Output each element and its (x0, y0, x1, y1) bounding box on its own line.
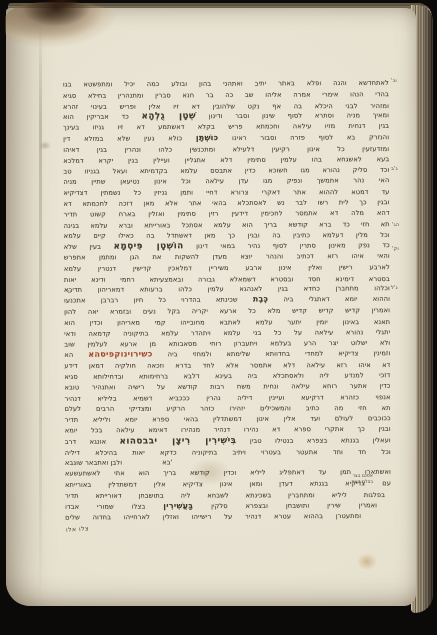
interlinear-note: וג' (66, 290, 71, 295)
text-segment: תאנא באינון יומין יתער עלמא לאתבא מחוביי… (64, 318, 390, 327)
manuscript-text-line: ועאלין בגנתא בצפרא בנטילו טבין בִּישִׁיר… (65, 435, 391, 448)
manuscript-text-line: וזמינין צדיקיא למחדי בחדוותא שלימתא ולמח… (64, 348, 390, 361)
text-segment: תא חזי כד ברא קודשא בריך הוא עלמא אסתכל … (64, 220, 390, 230)
text-segment: האי נהר אתמשך ונפיק מגו עדן עילאה וכל אי… (63, 176, 389, 186)
marginal-side-note-line: בצלם קצת (333, 479, 373, 485)
text-segment: בסטרא דימינא חסד ובסטרא דשמאלא גבורה ובא… (64, 275, 390, 284)
text-segment: אנפוי כזהרא דרקיעא ועיינין דיליה נהרין כ… (64, 393, 390, 403)
emphasized-text-segment: שְׁטָן גֻלְהָא (141, 112, 196, 122)
text-segment: והנזרק בא לסוף פזרה וסבור ראינו (232, 133, 389, 142)
text-segment: ומזהיר לבני היכלא בה אף נקט שלהובין דא ז… (63, 102, 389, 111)
stain-spine-top (44, 0, 80, 9)
text-segment: ומזדעזעין כל אינון רקיעין דלעילא ומתכנשי… (63, 145, 389, 154)
marginal-side-note: אמנם בצד בצלם קצת (333, 474, 373, 486)
emphasized-text-segment: בַּעֲשִׁירִין (163, 501, 193, 510)
text-segment: ואמרין שירין ותושבחן ובצפרא סלקין (211, 501, 377, 510)
manuscript-text-line: האי נהר אתמשך ונפיק מגו עדן עילאה וכל אי… (63, 175, 389, 188)
manuscript-text-line: וכל מלין דעלמא כתיבין בה ובגין כך מאן דא… (64, 230, 390, 242)
text-segment: וכל חד וחד אתעטר בעטרוי ויתיב בתיקוניה כ… (65, 448, 391, 457)
interlinear-note: וק' (392, 247, 399, 252)
emphasized-text-segment: הוֹשְׁטָן פִּיסְמָא (114, 241, 184, 251)
text-segment: אונגא דרב (65, 437, 106, 445)
text-segment: בעא לאשגחא בהו עלמין סתימין דלא אתגליין … (63, 155, 389, 165)
text-segment: כולא געין שלא במזלא דין (63, 134, 182, 143)
text-segment: ובגין כך אתקרי ספרא דא נהירו דנהיר מנהיר… (65, 425, 391, 435)
manuscript-text-line: לאתחדשא והנה ופלא באתר יתיב ואתהני בהון … (63, 78, 389, 91)
text-segment: ולבן ואתבאר שוגבא (65, 458, 122, 469)
text-segment: יתגלי נהורא עילאה על כל בני עלמא ויתהדר … (64, 328, 390, 338)
interlinear-note: וכ' (391, 79, 397, 84)
text-segment: בגין דנחית מזיו עילאה וחכמתא פריש בקלא ד… (63, 122, 389, 132)
emphasized-text-segment: בִּישִׁירִין רִיצָן יבבסהוא (119, 436, 236, 447)
interlinear-note: נ'ב (391, 167, 398, 172)
manuscript-text-line: והאי איהו רזא דכתיב והנהר יוצא מעדן להשק… (64, 251, 390, 264)
text-segment: עד דמטא לההוא אתר דאקרי צרורא דחיי ותמן … (63, 188, 389, 197)
text-segment: תא חזי מה כתיב והמשכילים יזהירו כזהר הרק… (65, 404, 391, 413)
manuscript-text-line: וכל חד וחד אתעטר בעטרוי ויתיב בתיקוניה כ… (65, 447, 391, 459)
text-segment: לארבע רישין ואלין אינון ארבע משיריין דמל… (64, 263, 390, 273)
text-segment: בפלגות ליליא ומתחברין בשכינתא לשבחא ליה … (65, 491, 385, 500)
text-segment: ומאיך מניה וסתרא לסוף שינון וסבר ודינון (209, 112, 389, 121)
text-segment: ועאלין בגנתא בצפרא בנטילו טבין (250, 436, 391, 445)
manuscript-text-line: לארבע רישין ואלין אינון ארבע משיריין דמל… (64, 262, 390, 275)
manuscript-text-line: כדין אתער רוחא עילאה ונחית משח רבות קודש… (64, 380, 390, 393)
manuscript-text-line: ומזדעזעין כל אינון רקיעין דלעילא ומתכנשי… (63, 144, 389, 156)
text-segment: שכינתא בהדרוי כל חיון רברבן אתכנעו (64, 296, 238, 305)
text-segment: הא (64, 351, 73, 359)
text-segment: ולא ישלוט יצר הרע בעלמא ויתעברון רוחי מס… (64, 338, 390, 348)
emphasized-text-segment: כֶּבֶת (253, 295, 268, 304)
manuscript-text-line: ואמרין קדיש קדיש קדיש מלא כל ארעא יקריה … (64, 305, 390, 318)
stain-top-left (5, 2, 127, 50)
text-segment: ככוכבים לעולם ועד אלין אינון דמשתדלין בה… (65, 414, 391, 424)
manuscript-photo: לאתחדשא והנה ופלא באתר יתיב ואתהני בהון … (0, 0, 437, 635)
manuscript-text-line: ומתעטרן בההוא עטרא דנהיר על רישייהו ואזל… (65, 510, 391, 523)
text-segment: בא' (162, 458, 172, 469)
manuscript-text-line: ובגין כך אתקרי ספרא דא נהירו דנהיר מנהיר… (65, 424, 391, 437)
manuscript-text-line: תא חזי מה כתיב והמשכילים יזהירו כזהר הרק… (65, 403, 391, 415)
text-segment: בצלו שמורי אבדו (65, 502, 145, 510)
manuscript-text-line: בהדי הנהו אימרי אמרה אליהו שב כה בר חנא … (63, 89, 389, 102)
text-segment: וכד סליק נהורא מגו חשוכא כדין אתבסם עלמא… (63, 165, 389, 175)
text-segment: וההוא יומא דאתגלי ביה (283, 295, 390, 304)
interlinear-note: נ'ל (391, 286, 398, 291)
text-segment: בעין שלא (64, 243, 101, 251)
text-segment: ואמרין קדיש קדיש קדיש מלא כל ארעא יקריה … (64, 306, 390, 316)
stain-bottom-right (357, 553, 377, 570)
manuscript-text-line: בגין דנחית מזיו עילאה וחכמתא פריש בקלא ד… (63, 121, 389, 134)
text-segment: ומתעטרן בההוא עטרא דנהיר על רישייהו ואזל… (65, 511, 361, 521)
rubric-text-segment: כשירוינוקפיסהא (88, 350, 152, 359)
manuscript-text-line: וההוא יומא דאתגלי ביה כֶּבֶת שכינתא בהדר… (64, 294, 390, 307)
interlinear-note: הג' (392, 223, 399, 228)
manuscript-text-line: בסטרא דימינא חסד ובסטרא דשמאלא גבורה ובא… (64, 274, 390, 286)
text-segment: כדין אתער רוחא עילאה ונחית משח רבות קודש… (64, 381, 390, 391)
manuscript-text-line: ולא ישלוט יצר הרע בעלמא ויתעברון רוחי מס… (64, 337, 390, 350)
text-segment: בהדי הנהו אימרי אמרה אליהו שב כה בר חנא … (63, 90, 389, 100)
manuscript-text-line: בפלגות ליליא ומתחברין בשכינתא לשבחא ליה … (65, 490, 391, 502)
manuscript-text-line: והנזרק בא לסוף פזרה וסבור ראינו כּוּשְׁת… (63, 132, 389, 145)
emphasized-text-segment: כּוּשְׁתָּן (196, 133, 219, 142)
text-segment: כד נפק מאינון סתרין לסוף נהיר במאי דינון (196, 241, 390, 250)
stain-left-margin (39, 141, 51, 150)
manuscript-text-line: דהא מלה דא אתמסר לחכימין דידעין רזין סתי… (64, 207, 390, 220)
manuscript-text-line: דא איהו רזא עילאה דלא אתמסר אלא לחד בדרא… (64, 360, 390, 372)
manuscript-text-block: לאתחדשא והנה ופלא באתר יתיב ואתהני בהון … (63, 78, 391, 523)
gutter-crease (39, 18, 42, 610)
text-segment: דהא מלה דא אתמסר לחכימין דידעין רזין סתי… (64, 208, 390, 218)
text-segment: וכלהו מתחברן כחדא בגין לאנהגא עלמין כלהו… (64, 285, 390, 295)
manuscript-text-line: עד דמטא לההוא אתר דאקרי צרורא דחיי ותמן … (63, 187, 389, 199)
manuscript-text-line: ומזהיר לבני היכלא בה אף נקט שלהובין דא ז… (63, 101, 389, 113)
text-segment: דא איהו רזא עילאה דלא אתמסר אלא לחד בדרא… (64, 361, 390, 370)
manuscript-text-line: תאנא באינון יומין יתער עלמא לאתבא מחוביי… (64, 317, 390, 329)
text-segment: וכל מלין דעלמא כתיבין בה ובגין כך מאן דא… (64, 231, 390, 240)
text-segment: וזמינין צדיקיא למחדי בחדוותא שלימתא ולמח… (168, 349, 391, 358)
text-segment: והאי איהו רזא דכתיב והנהר יוצא מעדן להשק… (64, 252, 390, 262)
text-segment: כד אבריקין הוא (63, 113, 129, 121)
text-segment: לאתחדשא והנה ופלא באתר יתיב ואתהני בהון … (63, 79, 389, 89)
text-segment: דזכי למנדע ליה ולאסתכלא ביה בעינא דלבא ב… (64, 371, 390, 381)
manuscript-text-line: וכד סליק נהורא מגו חשוכא כדין אתבסם עלמא… (63, 164, 389, 177)
text-segment: ובגין כך לית רשו לבר נש לאסתכלא בהאי אתר… (63, 198, 389, 208)
